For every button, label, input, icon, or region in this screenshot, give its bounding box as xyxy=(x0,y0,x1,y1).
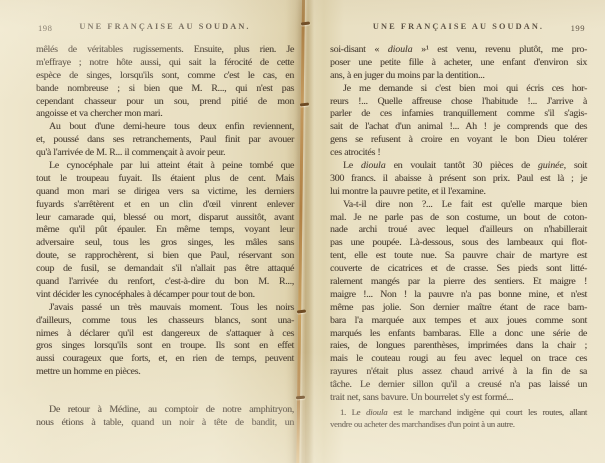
text-line: quand l'arrivée du renfort, c'est-à-dire… xyxy=(36,276,294,289)
text-line: raies, de longues parenthèses, imprimées… xyxy=(330,340,587,353)
paragraph: soi-disant « dioula »¹ est venu, revenu … xyxy=(330,44,587,83)
text-line: ralement mangés par la pierre des sentie… xyxy=(330,276,587,289)
left-running-header: 198 UNE FRANÇAISE AU SOUDAN. xyxy=(36,22,294,36)
text-line: Le dioula en voulait tantôt 30 pièces de… xyxy=(330,160,587,173)
text-line: bande nombreuse ; si bien que M. R..., q… xyxy=(36,83,294,96)
text-line: mettre un homme en pièces. xyxy=(36,366,294,379)
text-line: aussi courageux que forts, et, en rien d… xyxy=(36,353,294,366)
text-line: nimes à déclarer qu'il est dangereux de … xyxy=(36,328,294,341)
text-line: Au bout d'une demi-heure tous deux enfin… xyxy=(36,121,294,134)
text-line: vint décider les cynocéphales à décamper… xyxy=(36,289,294,302)
text-line: ces atrocités ! xyxy=(330,147,587,160)
paragraph: Je me demande si c'est bien moi qui écri… xyxy=(330,83,587,160)
text-line: même qu'il pût épauler. En même temps, v… xyxy=(36,224,294,237)
text-line: mêlés de véritables rugissements. Ensuit… xyxy=(36,44,294,57)
text-line: 1. Le dioula est le marchand indigène qu… xyxy=(330,407,587,419)
text-line: rayures n'était plus assez chaud arrivé … xyxy=(330,366,587,379)
text-line: quand mon mari se dirigea vers sa victim… xyxy=(36,186,294,199)
text-line: espèce de singes, lorsqu'ils sont, comme… xyxy=(36,70,294,83)
page-198: 198 UNE FRANÇAISE AU SOUDAN. mêlés de vé… xyxy=(0,0,305,463)
text-line: maigre !... Non ! la pauvre n'a pas bonn… xyxy=(330,289,587,302)
text-line: adversaire seul, tous les gros singes, l… xyxy=(36,237,294,250)
text-line: qu'à l'arrivée de M. R... il commençait … xyxy=(36,147,294,160)
left-running-header-title: UNE FRANÇAISE AU SOUDAN. xyxy=(36,22,294,31)
paragraph: De retour à Médine, au comptoir de notre… xyxy=(36,404,294,430)
book-spread: 198 UNE FRANÇAISE AU SOUDAN. mêlés de vé… xyxy=(0,0,605,463)
paragraph: Le dioula en voulait tantôt 30 pièces de… xyxy=(330,160,587,199)
text-line: mais le couteau rougi au feu avec lequel… xyxy=(330,353,587,366)
paragraph: 1. Le dioula est le marchand indigène qu… xyxy=(330,407,587,430)
text-line: trait net, sans bavure. Un bourrelet s'y… xyxy=(330,392,587,405)
right-page-number: 199 xyxy=(571,23,585,33)
text-line: lui montre la pauvre petite, et il l'exa… xyxy=(330,186,587,199)
text-line: ans, à en juger du moins par la dentitio… xyxy=(330,70,587,83)
text-line: J'avais passé un très mauvais moment. To… xyxy=(36,302,294,315)
text-line: Va-t-il dire non ?... Le fait est qu'ell… xyxy=(330,199,587,212)
text-line: tâche. Le dernier sillon qu'il a creusé … xyxy=(330,379,587,392)
footnote: 1. Le dioula est le marchand indigène qu… xyxy=(330,407,587,430)
right-running-header: 199 UNE FRANÇAISE AU SOUDAN. xyxy=(330,22,587,36)
text-line: doute, se rapprochèrent, si bien que Pau… xyxy=(36,250,294,263)
text-line: vendre ou acheter des marchandises d'un … xyxy=(330,419,587,431)
right-text-block: 199 UNE FRANÇAISE AU SOUDAN. soi-disant … xyxy=(330,22,587,430)
text-line: 300 francs. il abaisse à présent son pri… xyxy=(330,173,587,186)
text-line: tent, elle est toute nue. Sa pauvre chai… xyxy=(330,250,587,263)
right-page-body: soi-disant « dioula »¹ est venu, revenu … xyxy=(330,44,587,405)
text-line: coup de fusil, se demandait s'il n'allai… xyxy=(36,263,294,276)
page-199: 199 UNE FRANÇAISE AU SOUDAN. soi-disant … xyxy=(305,0,605,463)
left-page-number: 198 xyxy=(38,23,52,33)
left-page-body: mêlés de véritables rugissements. Ensuit… xyxy=(36,44,294,430)
text-line: pas une poupée. Là-dessous, sous des lam… xyxy=(330,237,587,250)
text-line: reurs !... Quelle affreuse chose l'habit… xyxy=(330,96,587,109)
text-line: couverte de cicatrices et de crasse. Ses… xyxy=(330,263,587,276)
text-line: tout le troupeau fuyait. Ils étaient plu… xyxy=(36,173,294,186)
paragraph: Va-t-il dire non ?... Le fait est qu'ell… xyxy=(330,199,587,405)
text-line: bara l'a marquée aux tempes et aux joues… xyxy=(330,315,587,328)
text-line: gros singes lorsqu'ils sont en troupe. I… xyxy=(36,340,294,353)
text-line: m'effraye ; notre hôte aussi, qui sait l… xyxy=(36,57,294,70)
text-line: Je me demande si c'est bien moi qui écri… xyxy=(330,83,587,96)
text-line: gens se refusent à croire en voyant le b… xyxy=(330,134,587,147)
text-line: cependant chasseur pour un sou, prend pi… xyxy=(36,96,294,109)
text-line: leur camarade qui, blessé ou mort, dispa… xyxy=(36,212,294,225)
left-text-block: 198 UNE FRANÇAISE AU SOUDAN. mêlés de vé… xyxy=(36,22,294,430)
text-line: parler de ces infamies tranquillement co… xyxy=(330,108,587,121)
text-line: marqués les enfants bambaras. Elle a don… xyxy=(330,328,587,341)
text-line: fuyards s'arrêtèrent et en un clin d'œil… xyxy=(36,199,294,212)
text-line: d'ailleurs, comme tous les chasseurs bla… xyxy=(36,315,294,328)
text-line: et, poussé dans ses retranchements, Paul… xyxy=(36,134,294,147)
paragraph: J'avais passé un très mauvais moment. To… xyxy=(36,302,294,379)
paragraph: Le cynocéphale par lui atteint était à p… xyxy=(36,160,294,302)
paragraph: mêlés de véritables rugissements. Ensuit… xyxy=(36,44,294,121)
text-line: angoisse et va chercher mon mari. xyxy=(36,108,294,121)
right-running-header-title: UNE FRANÇAISE AU SOUDAN. xyxy=(330,22,587,31)
paragraph: Au bout d'une demi-heure tous deux enfin… xyxy=(36,121,294,160)
text-line: poser une petite fille à acheter, une en… xyxy=(330,57,587,70)
text-line: même pas jolie. Son dernier maître étant… xyxy=(330,302,587,315)
text-line: sait de l'achat d'un animal !... Ah ! je… xyxy=(330,121,587,134)
text-line: nade archi troué avec lequel d'ailleurs … xyxy=(330,224,587,237)
text-line: De retour à Médine, au comptoir de notre… xyxy=(36,404,294,417)
text-line: Le cynocéphale par lui atteint était à p… xyxy=(36,160,294,173)
text-line: mal. Je ne parle pas de son costume, un … xyxy=(330,212,587,225)
text-line: nous étions à table, quand un noir à têt… xyxy=(36,417,294,430)
text-line: soi-disant « dioula »¹ est venu, revenu … xyxy=(330,44,587,57)
